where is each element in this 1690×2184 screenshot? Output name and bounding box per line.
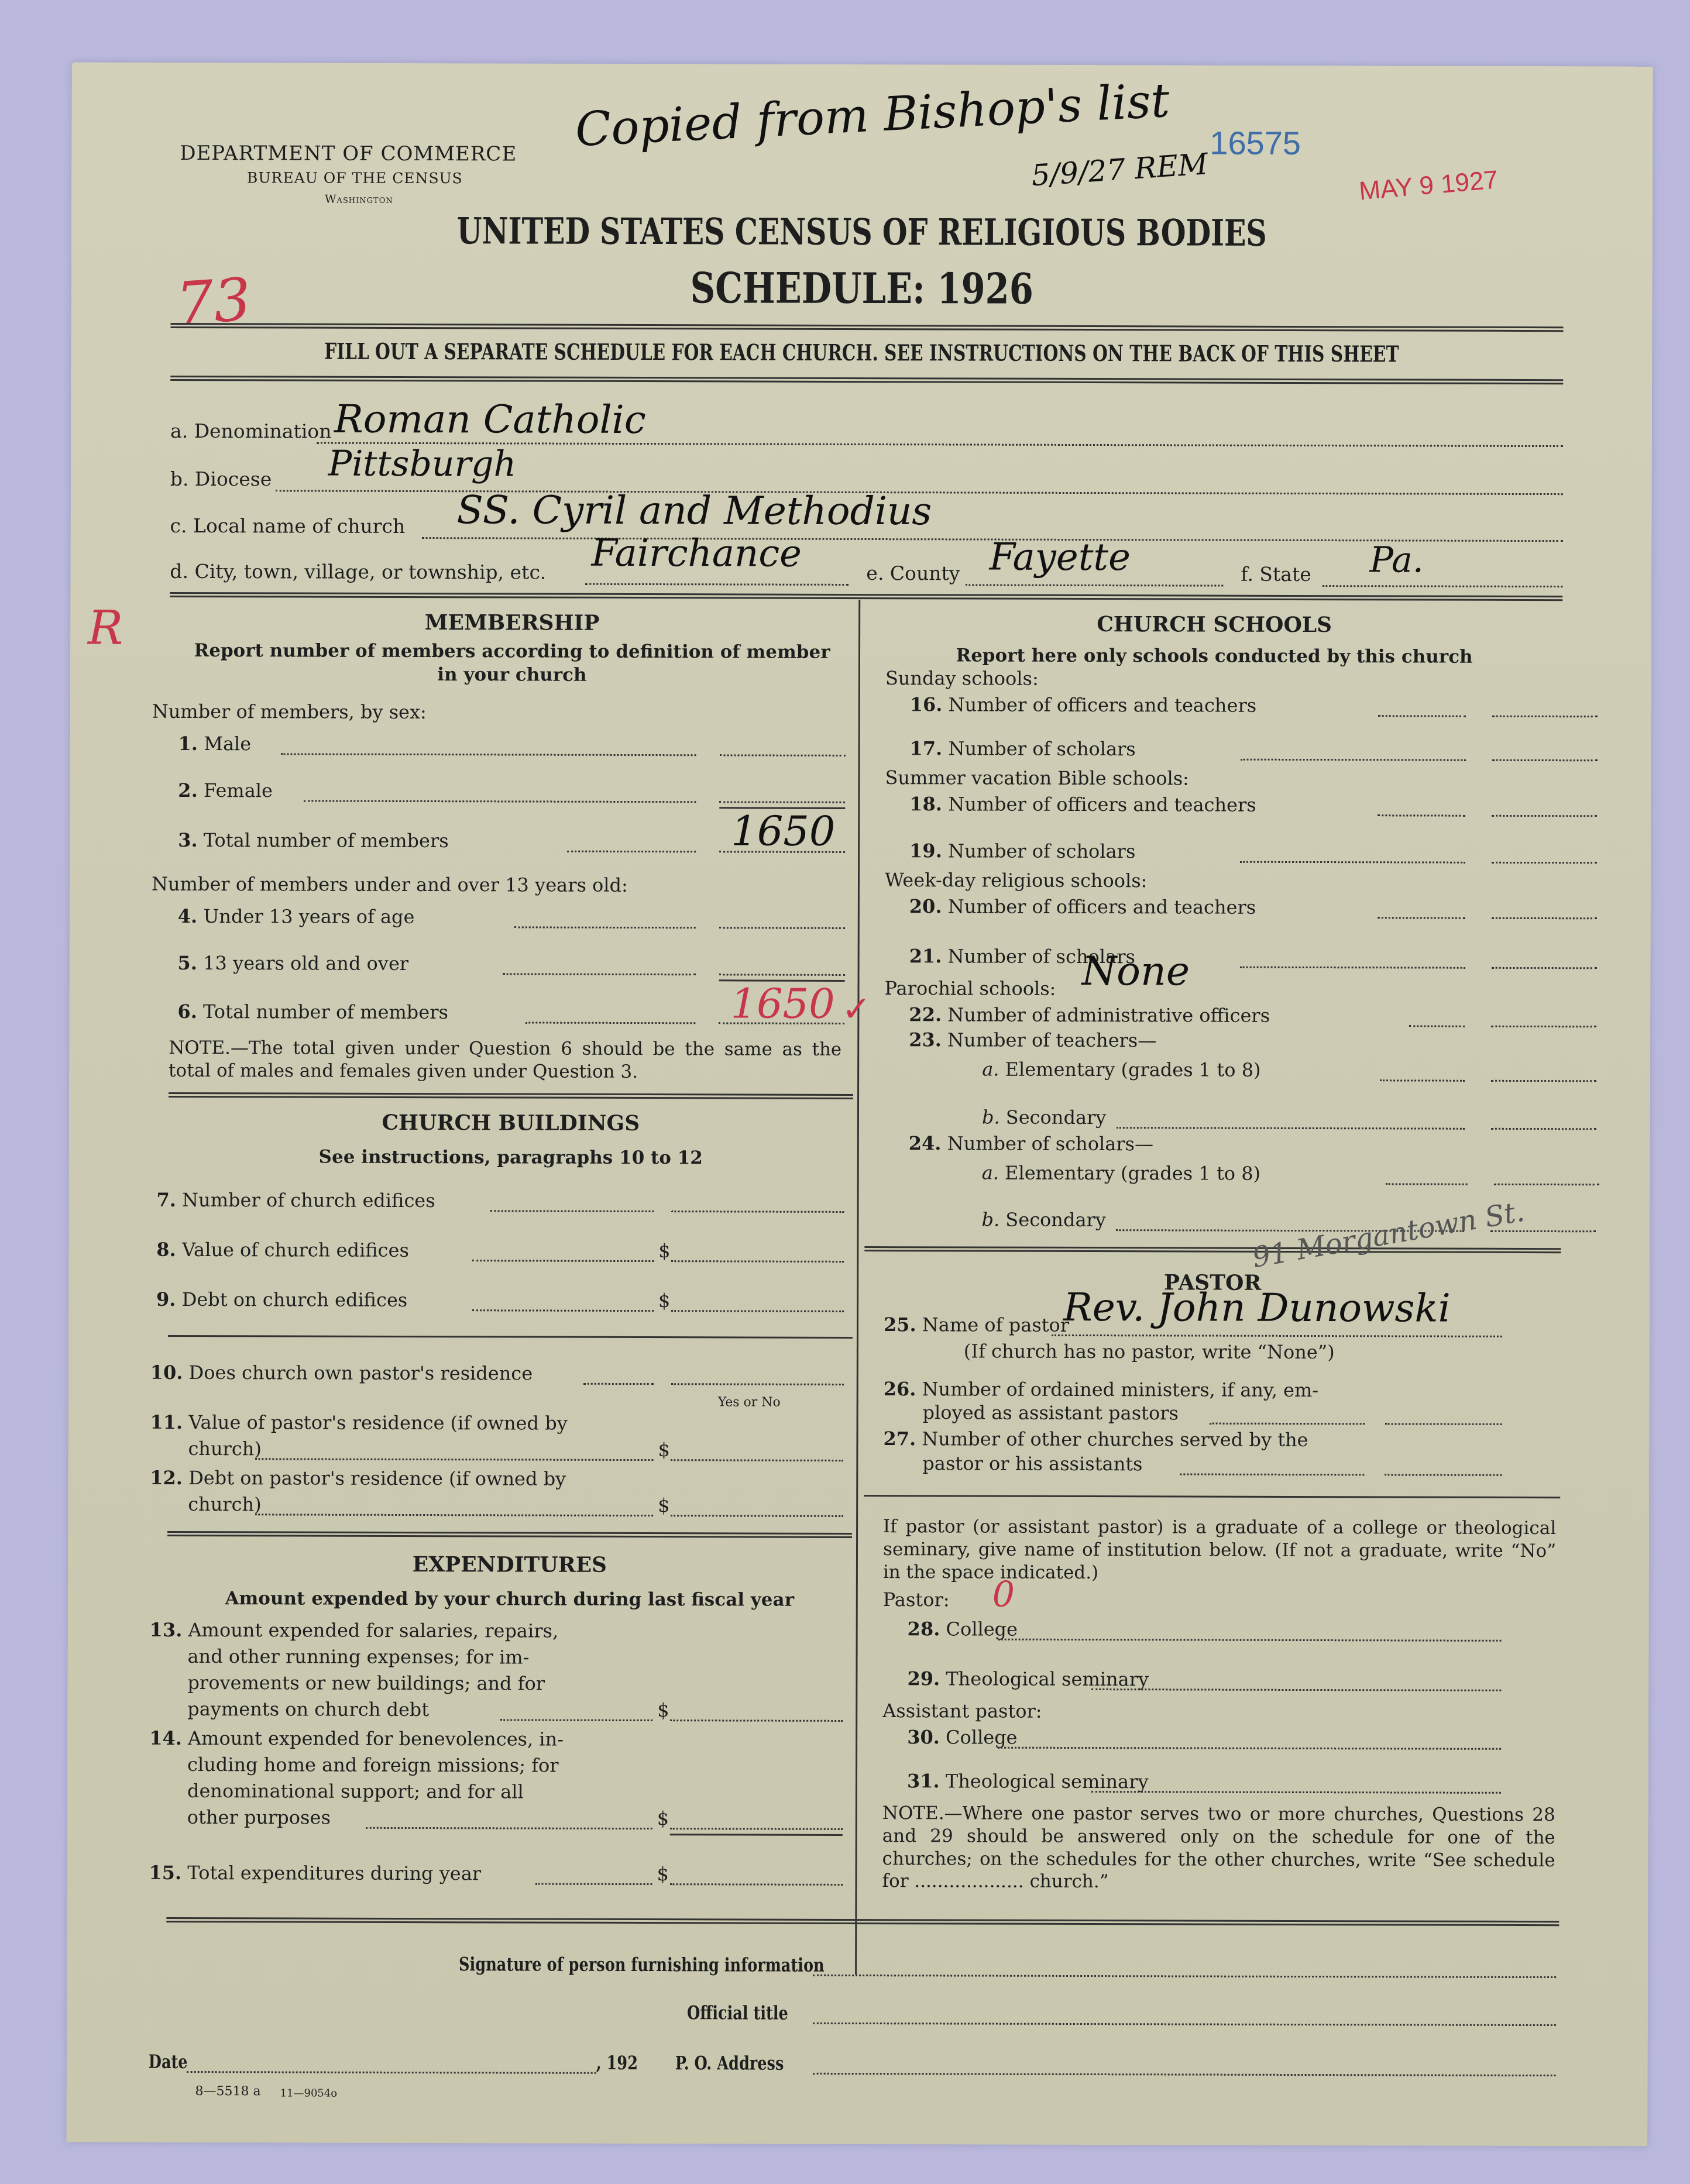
column-divider (855, 600, 860, 1975)
schedule-title: SCHEDULE: 1926 (214, 262, 1510, 315)
q13-label-cont: payments on church debt (187, 1698, 429, 1721)
q14-label: 14. Amount expended for benevolences, in… (149, 1727, 564, 1750)
city-value: Fairchance (591, 532, 802, 576)
under-13-field[interactable] (719, 927, 845, 929)
diocese-value: Pittsburgh (328, 443, 517, 485)
asst-pastors-field[interactable] (1385, 1423, 1502, 1425)
leader-dots (1380, 1079, 1465, 1081)
city-heading: Washington (325, 193, 393, 206)
q4-label: 4. Under 13 years of age (178, 905, 415, 928)
divider (170, 323, 1563, 332)
leader-dots (1378, 814, 1465, 816)
print-number: 11—9054o (280, 2087, 338, 2099)
asst-seminary-field[interactable] (1091, 1791, 1501, 1794)
asst-pastor-subheading: Assistant pastor: (882, 1700, 1042, 1722)
leader-dots (472, 1260, 654, 1262)
leader-dots (1240, 861, 1465, 864)
total-members-q3-value: 1650 (731, 807, 835, 855)
total-members-q6-value: 1650 (730, 979, 834, 1027)
divider (169, 1092, 853, 1099)
q6-label: 6. Total number of members (177, 1000, 448, 1024)
q26-label: 26. Number of ordained ministers, if any… (884, 1378, 1319, 1401)
q23a-label: a. Elementary (grades 1 to 8) (982, 1058, 1260, 1082)
county-value: Fayette (989, 536, 1131, 580)
leader-dots (1241, 759, 1466, 761)
state-field[interactable] (1323, 585, 1562, 587)
leader-dots (490, 1210, 654, 1212)
q20-label: 20. Number of officers and teachers (909, 895, 1256, 919)
sunday-officers-field[interactable] (1492, 716, 1598, 717)
sunday-scholars-field[interactable] (1492, 759, 1598, 761)
by-age-label: Number of members under and over 13 year… (152, 873, 628, 897)
leader-dots (255, 1458, 653, 1461)
leader-dots (503, 973, 696, 975)
schools-subtitle: Report here only schools conducted by th… (878, 644, 1551, 669)
date-field[interactable] (187, 2071, 596, 2074)
q27-label: 27. Number of other churches served by t… (883, 1428, 1308, 1451)
pastor-graduate-mark: 0 (992, 1574, 1015, 1615)
leader-dots (1210, 1423, 1365, 1425)
q18-label: 18. Number of officers and teachers (909, 793, 1256, 816)
divider (168, 1335, 853, 1339)
handwritten-copied-note: Copied from Bishop's list (574, 73, 1171, 157)
po-address-label: P. O. Address (675, 2052, 784, 2075)
weekday-officers-field[interactable] (1492, 917, 1597, 919)
leader-dots (583, 1383, 654, 1385)
q24b-label: b. Secondary (981, 1209, 1106, 1232)
sum-line (670, 1834, 843, 1836)
q11-label: 11. Value of pastor's residence (if owne… (150, 1411, 568, 1435)
q31-label: 31. Theological seminary (907, 1770, 1149, 1793)
divider (864, 1246, 1561, 1253)
by-sex-label: Number of members, by sex: (152, 700, 427, 724)
q26-label-cont: ployed as assistant pastors (923, 1401, 1179, 1425)
membership-note: NOTE.—The total given under Question 6 s… (169, 1037, 841, 1084)
male-count-field[interactable] (720, 754, 846, 756)
diocese-label: b. Diocese (170, 467, 272, 490)
q15-label: 15. Total expenditures during year (149, 1862, 482, 1885)
pastor-subheading: Pastor: (883, 1588, 950, 1611)
dollar-sign: $ (658, 1439, 669, 1461)
church-edifices-count-field[interactable] (672, 1210, 844, 1213)
city-field[interactable] (585, 583, 849, 586)
elem-teachers-field[interactable] (1491, 1080, 1596, 1082)
divider (170, 592, 1562, 601)
city-label: d. City, town, village, or township, etc… (170, 560, 546, 584)
q13-label: 13. Amount expended for salaries, repair… (150, 1619, 559, 1642)
margin-letter-annotation: R (88, 601, 123, 655)
leader-dots (514, 926, 696, 928)
q28-label: 28. College (908, 1618, 1018, 1640)
pencil-address-note: 91 Morgantown St. (1250, 1195, 1527, 1275)
q14-label-cont: cluding home and foreign missions; for (187, 1753, 559, 1777)
other-churches-field[interactable] (1385, 1474, 1502, 1476)
q13-label-cont: provements or new buildings; and for (187, 1671, 545, 1695)
q24a-label: a. Elementary (grades 1 to 8) (982, 1162, 1260, 1185)
schools-title: CHURCH SCHOOLS (866, 611, 1562, 638)
divider (166, 1917, 1559, 1926)
leader-dots (1180, 1473, 1364, 1476)
edifices-debt-field[interactable] (671, 1310, 844, 1312)
q29-label: 29. Theological seminary (907, 1667, 1149, 1690)
q14-label-cont: denominational support; and for all (187, 1780, 524, 1803)
expenditures-title: EXPENDITURES (167, 1552, 852, 1578)
no-pastor-hint: (If church has no pastor, write “None”) (964, 1340, 1335, 1363)
leader-dots (281, 753, 696, 756)
signature-field[interactable] (813, 1975, 1556, 1978)
parochial-value: None (1081, 948, 1190, 995)
form-number: 8—5518 a (195, 2084, 261, 2099)
leader-dots (1378, 917, 1465, 919)
residence-value-field[interactable] (671, 1459, 843, 1461)
q14-label-cont: other purposes (187, 1806, 331, 1829)
divider (864, 1495, 1560, 1498)
q17-label: 17. Number of scholars (910, 737, 1136, 760)
q27-label-cont: pastor or his assistants (922, 1452, 1142, 1475)
date-year-prefix: , 192 (596, 2052, 638, 2075)
q3-label: 3. Total number of members (178, 829, 449, 852)
q23-label: 23. Number of teachers— (909, 1029, 1156, 1051)
running-expenses-field[interactable] (670, 1719, 843, 1722)
summer-schools-label: Summer vacation Bible schools: (885, 766, 1189, 790)
membership-title: MEMBERSHIP (170, 610, 854, 636)
female-count-field[interactable] (719, 801, 845, 803)
dollar-sign: $ (658, 1289, 670, 1312)
dollar-sign: $ (658, 1494, 669, 1516)
q13-label-cont: and other running expenses; for im- (187, 1645, 529, 1669)
sunday-schools-label: Sunday schools: (885, 667, 1039, 690)
leader-dots (1117, 1127, 1465, 1130)
asst-college-field[interactable] (998, 1747, 1501, 1750)
leader-dots (1409, 1025, 1465, 1027)
buildings-subtitle: See instructions, paragraphs 10 to 12 (169, 1145, 853, 1170)
q24-label: 24. Number of scholars— (909, 1132, 1153, 1155)
benevolences-field[interactable] (670, 1828, 843, 1830)
q5-label: 5. 13 years old and over (178, 952, 409, 975)
pastor-college-field[interactable] (998, 1639, 1502, 1642)
county-field[interactable] (966, 584, 1223, 586)
yes-or-no-hint: Yes or No (718, 1395, 781, 1409)
leader-dots (567, 851, 696, 853)
q23b-label: b. Secondary (982, 1106, 1107, 1129)
handwritten-copied-date: 5/9/27 REM (1031, 147, 1209, 192)
leader-dots (535, 1883, 652, 1886)
census-schedule-sheet: DEPARTMENT OF COMMERCE BUREAU OF THE CEN… (66, 62, 1653, 2146)
county-label: e. County (866, 562, 960, 584)
residence-debt-field[interactable] (671, 1515, 843, 1517)
received-date-stamp: MAY 9 1927 (1358, 166, 1499, 207)
q11-label-cont: church) (188, 1437, 262, 1460)
q30-label: 30. College (907, 1726, 1018, 1749)
official-title-field[interactable] (813, 2023, 1556, 2026)
checkmark-icon: ✓ (841, 989, 871, 1030)
denomination-label: a. Denomination (170, 419, 332, 443)
pastor-name-value: Rev. John Dunowski (1063, 1285, 1451, 1331)
leader-dots (366, 1827, 652, 1829)
leader-dots (1378, 715, 1466, 717)
leader-dots (500, 1719, 652, 1721)
q1-label: 1. Male (178, 732, 252, 755)
form-title: UNITED STATES CENSUS OF RELIGIOUS BODIES (166, 209, 1558, 255)
q2-label: 2. Female (178, 779, 273, 802)
official-title-label: Official title (687, 2001, 788, 2024)
expenditures-subtitle: Amount expended by your church during la… (167, 1587, 852, 1612)
weekday-scholars-field[interactable] (1492, 967, 1597, 969)
po-address-field[interactable] (813, 2073, 1556, 2076)
over-13-field[interactable] (719, 974, 845, 976)
sec-teachers-field[interactable] (1491, 1128, 1596, 1130)
edifices-value-field[interactable] (671, 1260, 844, 1263)
fill-out-instruction: FILL OUT A SEPARATE SCHEDULE FOR EACH CH… (245, 338, 1479, 367)
dollar-sign: $ (657, 1807, 669, 1829)
state-label: f. State (1241, 563, 1311, 586)
q12-label: 12. Debt on pastor's residence (if owned… (150, 1467, 566, 1490)
q7-label: 7. Number of church edifices (157, 1189, 435, 1212)
q16-label: 16. Number of officers and teachers (910, 693, 1256, 717)
state-value: Pa. (1369, 539, 1424, 580)
leader-dots (1386, 1183, 1468, 1185)
leader-dots (472, 1309, 654, 1312)
q19-label: 19. Number of scholars (909, 840, 1135, 862)
q9-label: 9. Debt on church edifices (156, 1288, 407, 1312)
admin-officers-field[interactable] (1491, 1026, 1596, 1027)
divider (167, 1531, 852, 1538)
date-label: Date (149, 2051, 188, 2073)
q12-label-cont: church) (188, 1493, 262, 1516)
divider (170, 376, 1563, 384)
bureau-heading: BUREAU OF THE CENSUS (247, 169, 463, 187)
pastor-note: NOTE.—Where one pastor serves two or mor… (882, 1802, 1555, 1894)
graduate-instruction: If pastor (or assistant pastor) is a gra… (883, 1515, 1556, 1585)
q8-label: 8. Value of church edifices (156, 1239, 409, 1262)
leader-dots (525, 1022, 695, 1024)
summer-scholars-field[interactable] (1492, 862, 1597, 864)
summer-officers-field[interactable] (1492, 815, 1597, 817)
q25-label: 25. Name of pastor (884, 1313, 1069, 1336)
q22-label: 22. Number of administrative officers (909, 1003, 1270, 1027)
stamp-number: 16575 (1210, 124, 1301, 162)
total-expenditures-field[interactable] (670, 1883, 843, 1886)
local-name-label: c. Local name of church (170, 514, 406, 538)
leader-dots (304, 800, 696, 803)
signature-label: Signature of person furnishing informati… (459, 1953, 825, 1976)
department-heading: DEPARTMENT OF COMMERCE (180, 142, 517, 166)
owns-residence-field[interactable] (671, 1383, 844, 1385)
weekday-schools-label: Week-day religious schools: (885, 869, 1148, 892)
buildings-title: CHURCH BUILDINGS (169, 1110, 853, 1136)
local-name-value: SS. Cyril and Methodius (457, 487, 932, 534)
pastor-name-field[interactable] (1052, 1335, 1502, 1337)
membership-subtitle: Report number of members according to de… (187, 639, 837, 687)
q10-label: 10. Does church own pastor's residence (150, 1361, 533, 1385)
parochial-schools-label: Parochial schools: (884, 977, 1056, 1000)
pastor-seminary-field[interactable] (1091, 1688, 1501, 1691)
dollar-sign: $ (657, 1863, 669, 1885)
denomination-value: Roman Catholic (334, 397, 646, 442)
leader-dots (1240, 967, 1465, 969)
dollar-sign: $ (657, 1699, 669, 1721)
dollar-sign: $ (658, 1240, 670, 1262)
elem-scholars-field[interactable] (1494, 1184, 1599, 1185)
leader-dots (255, 1514, 653, 1516)
